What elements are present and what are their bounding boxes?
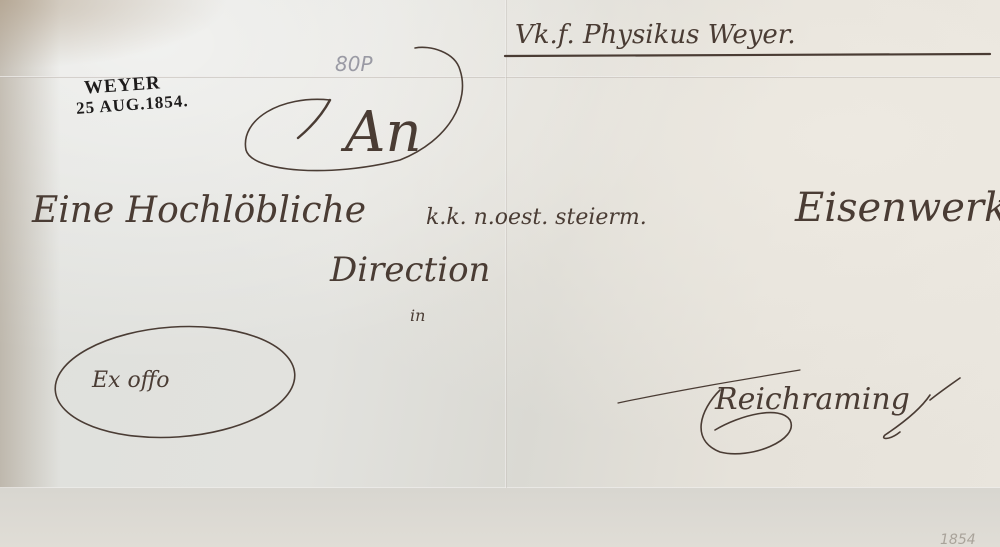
letter-paper: WEYER 25 AUG.1854. 80P Vk.f. Physikus We… [0,0,1000,547]
handwriting-flourishes [0,0,1000,547]
